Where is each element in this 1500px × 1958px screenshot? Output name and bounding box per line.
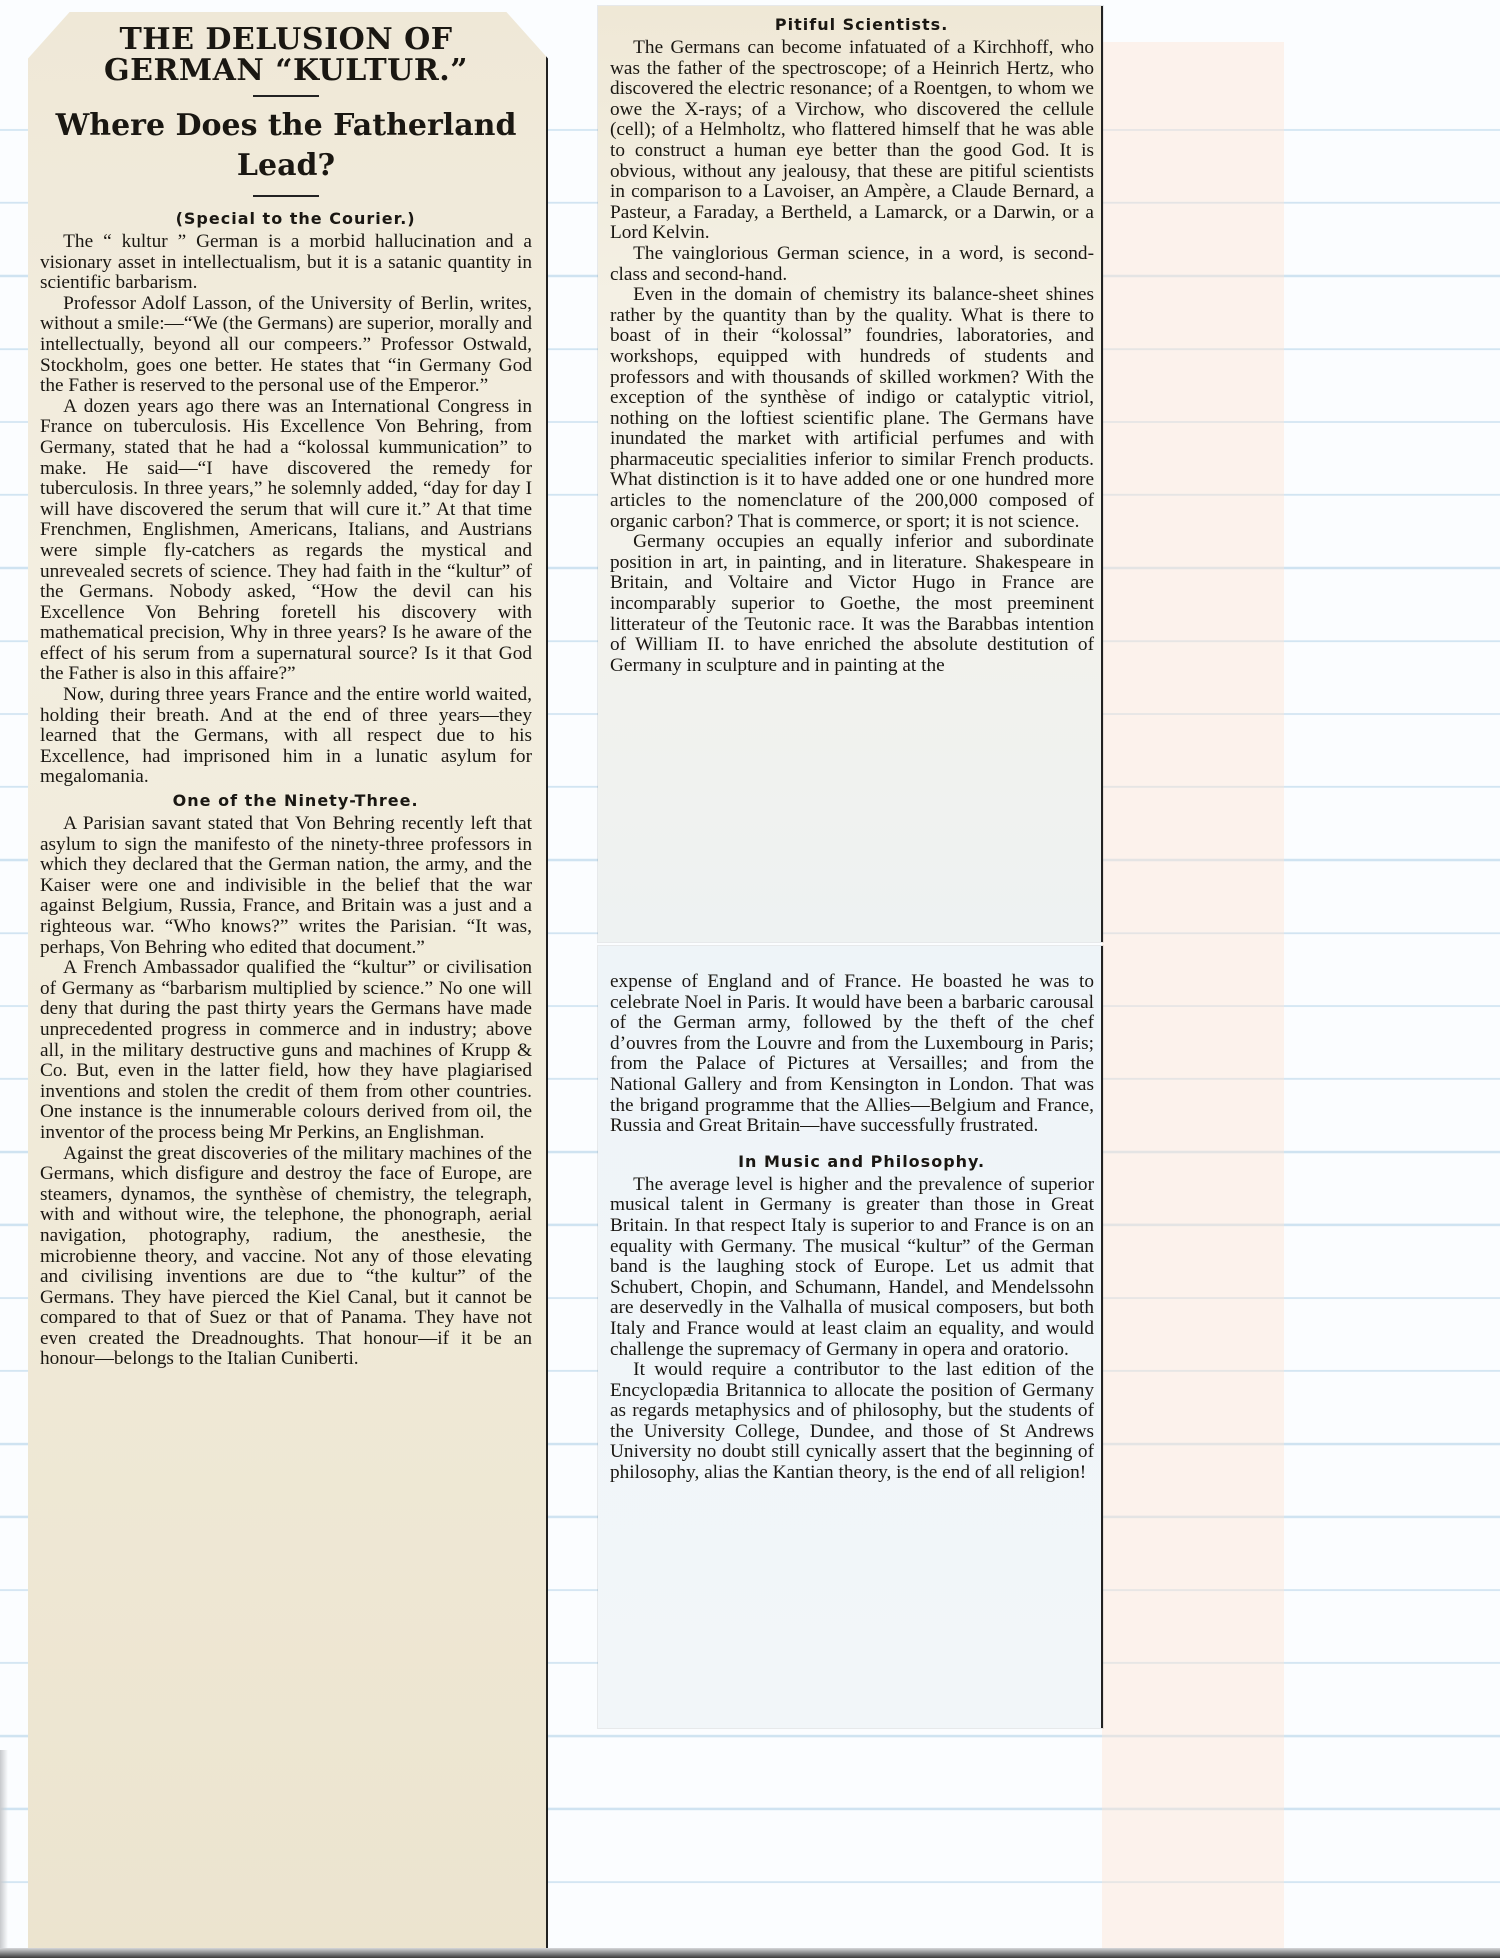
- article-column-right-bottom: expense of England and of France. He boa…: [610, 972, 1094, 1484]
- paper-stain: [1102, 42, 1284, 1958]
- paragraph: A Parisian savant stated that Von Behrin…: [40, 814, 532, 958]
- section-heading: In Music and Philosophy.: [610, 1149, 1094, 1175]
- page-edge-bottom: [0, 1948, 1500, 1958]
- paragraph: The “ kultur ” German is a morbid halluc…: [40, 232, 532, 294]
- paragraph: A French Ambassador qualified the “kultu…: [40, 958, 532, 1143]
- section-heading: Pitiful Scientists.: [610, 12, 1094, 38]
- paragraph-continued: expense of England and of France. He boa…: [610, 972, 1094, 1137]
- paragraph: Even in the domain of chemistry its bala…: [610, 285, 1094, 532]
- paragraph: The Germans can become infatuated of a K…: [610, 38, 1094, 244]
- section-heading: One of the Ninety-Three.: [40, 788, 532, 814]
- paragraph: The average level is higher and the prev…: [610, 1175, 1094, 1360]
- article-column-right-top: Pitiful Scientists. The Germans can beco…: [610, 12, 1094, 676]
- paragraph: A dozen years ago there was an Internati…: [40, 397, 532, 685]
- byline: (Special to the Courier.): [40, 206, 532, 232]
- headline: THE DELUSION OF GERMAN “KULTUR.”: [40, 24, 532, 86]
- page-edge-left: [0, 1750, 8, 1958]
- paragraph: The vainglorious German science, in a wo…: [610, 244, 1094, 285]
- paragraph: Professor Adolf Lasson, of the Universit…: [40, 294, 532, 397]
- article-column-left: THE DELUSION OF GERMAN “KULTUR.” Where D…: [40, 16, 532, 1370]
- paragraph: Against the great discoveries of the mil…: [40, 1144, 532, 1371]
- divider: [253, 195, 319, 197]
- paragraph: Now, during three years France and the e…: [40, 685, 532, 788]
- divider: [253, 95, 319, 97]
- paragraph: Germany occupies an equally inferior and…: [610, 532, 1094, 676]
- paragraph: It would require a contributor to the la…: [610, 1360, 1094, 1484]
- subheadline: Where Does the Fatherland Lead?: [40, 106, 532, 186]
